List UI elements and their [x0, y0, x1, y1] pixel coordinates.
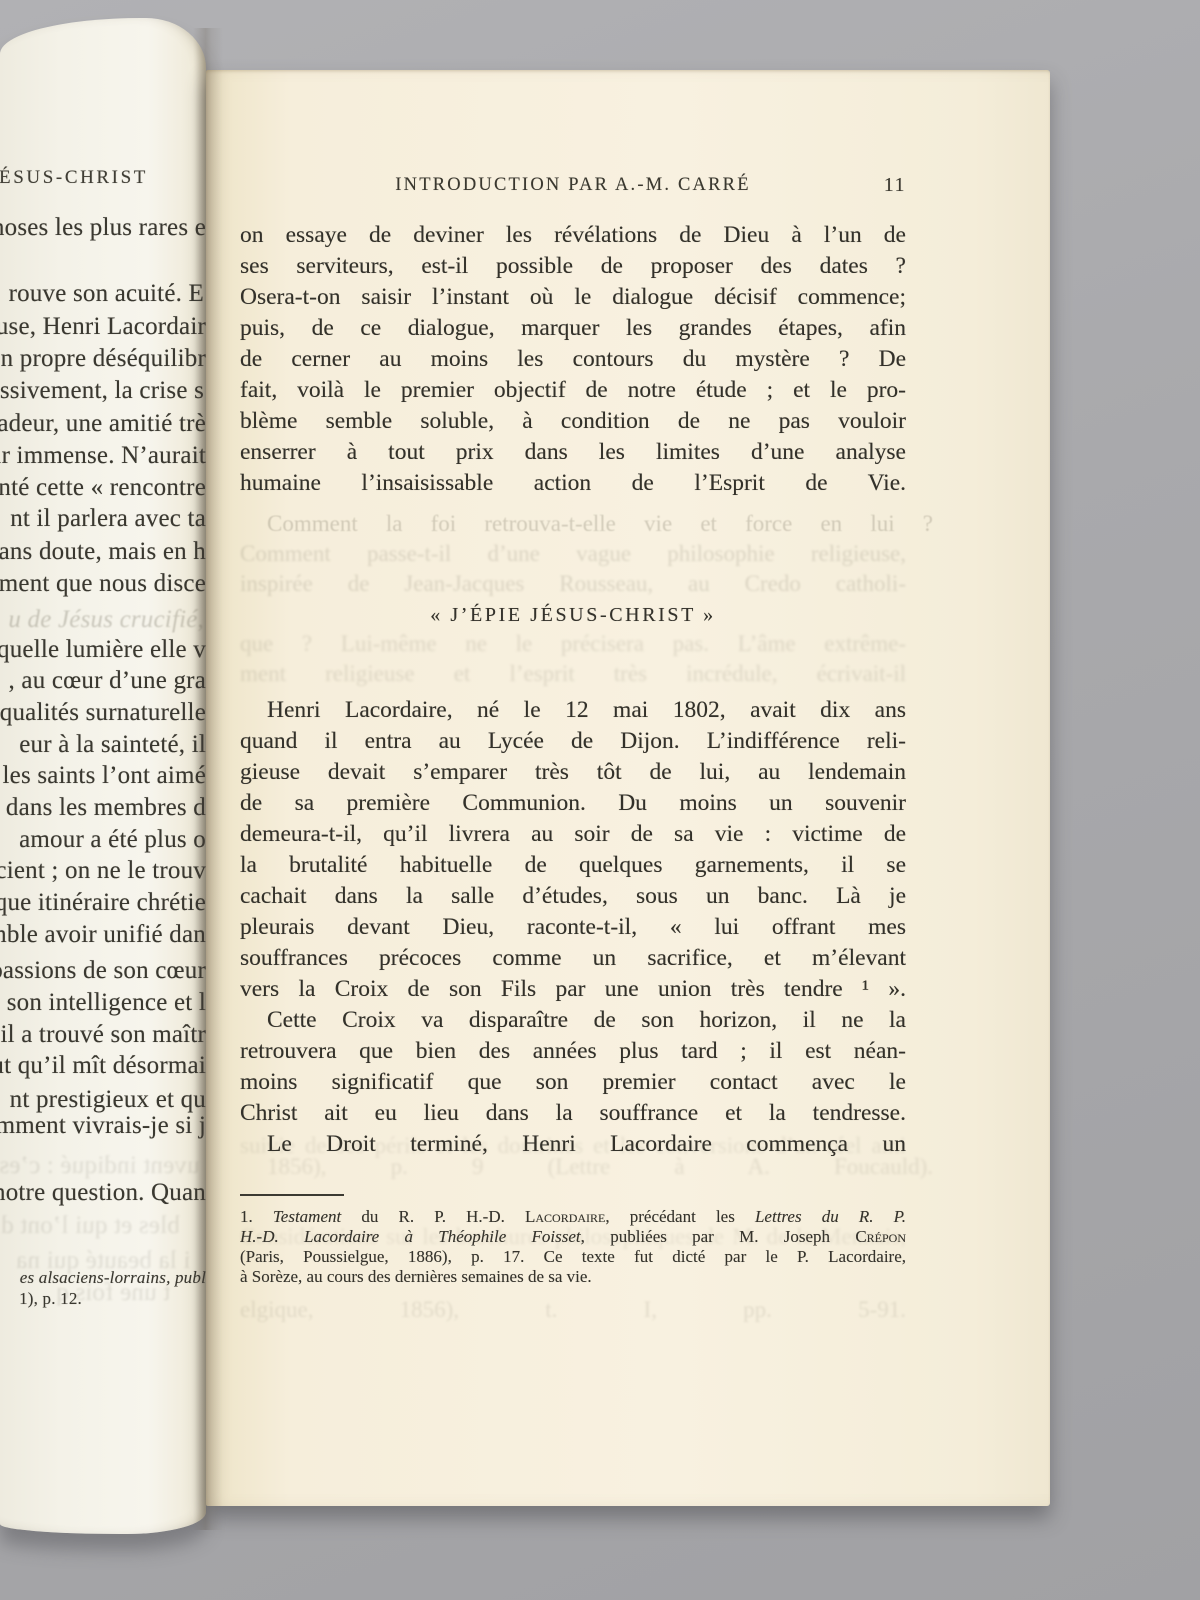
left-page-text-line: dans les membres d — [6, 794, 206, 822]
left-page-text-line: passions de son cœur — [0, 957, 206, 985]
left-page-text-line: eur à la sainteté, il — [19, 731, 206, 759]
body-text-line: demeura-t-il, qu’il livrera au soir de s… — [240, 819, 906, 850]
running-head: INTRODUCTION PAR A.-M. CARRÉ — [240, 170, 906, 200]
ghost-text-line: elgique, 1856), t. I, pp. 5-91. — [240, 1295, 906, 1325]
left-page-text-line: n propre déséquilibr — [1, 345, 206, 373]
left-page-text-line: nt prestigieux et qu — [10, 1086, 206, 1114]
body-text-line: Christ ait eu lieu dans la souffrance et… — [240, 1098, 906, 1129]
footnote-rule — [240, 1194, 344, 1196]
left-page-text-line: que itinéraire chrétie — [0, 889, 206, 917]
body-text-line: de sa première Communion. Du moins un so… — [240, 788, 906, 819]
body-text-line: souffrances précoces comme un sacrifice,… — [240, 943, 906, 974]
left-page-text-line: hoses les plus rares e — [0, 214, 206, 242]
left-page-text-line: es alsaciens-lorrains, publ — [20, 1268, 206, 1288]
footnote-segment: (Paris, Poussielgue, 1886), p. 17. Ce te… — [240, 1247, 906, 1266]
left-page-text-line: quelle lumière elle v — [0, 636, 206, 664]
footnote-segment: Lacordaire — [525, 1207, 605, 1226]
body-text-line: Osera-t-on saisir l’instant où le dialog… — [240, 282, 906, 313]
footnote-line: (Paris, Poussielgue, 1886), p. 17. Ce te… — [240, 1247, 906, 1267]
body-text-line: cachait dans la salle d’études, sous un … — [240, 881, 906, 912]
body-text-line: vers la Croix de son Fils par une union … — [240, 974, 906, 1005]
ghost-text-line: u de Jésus crucifié, — [8, 606, 204, 634]
footnote-segment: Testament — [273, 1207, 341, 1226]
footnote-line: 1. Testament du R. P. H.-D. Lacordaire, … — [240, 1207, 906, 1227]
left-page-text-line: mble avoir unifié dan — [0, 921, 206, 949]
left-page-text-line: scient ; on ne le trouv — [0, 857, 206, 885]
right-page-body: on essaye de deviner les révélations de … — [240, 220, 906, 1160]
left-page-text-line: ut qu’il mît désormai — [0, 1052, 206, 1080]
left-page-text-line: , il a trouvé son maîtr — [0, 1021, 206, 1049]
ghost-text-line: uvent indiqué : c’est — [0, 1152, 200, 1180]
left-page-text-line: sir immense. N’aurait — [0, 442, 206, 470]
left-page-text-line: enté cette « rencontre — [0, 474, 206, 502]
footnote-segment: , publiées par M. Joseph — [581, 1227, 856, 1246]
left-page: ÉSUS-CHRISThoses les plus rares erouve s… — [0, 18, 206, 1534]
left-page-text-line: amour a été plus o — [19, 826, 206, 854]
body-text-line: gieuse devait s’emparer très tôt de lui,… — [240, 757, 906, 788]
footnote-segment: à Sorèze, au cours des dernières semaine… — [240, 1267, 592, 1286]
left-page-text-line: e son intelligence et l — [0, 989, 206, 1017]
body-text-line: enserrer à tout prix dans les limites d’… — [240, 437, 906, 468]
left-page-text: ÉSUS-CHRISThoses les plus rares erouve s… — [0, 18, 206, 1534]
footnote-lines: 1. Testament du R. P. H.-D. Lacordaire, … — [240, 1207, 906, 1287]
left-page-text-line: 1), p. 12. — [19, 1289, 82, 1309]
left-page-text-line: adeur, une amitié trè — [0, 410, 206, 438]
left-page-text-line: ÉSUS-CHRIST — [0, 167, 148, 189]
left-page-text-line: rouve son acuité. E — [9, 280, 204, 308]
footnote-segment: , précédant les — [605, 1207, 755, 1226]
footnote-segment: H.-D. Lacordaire à Théophile Foisset — [240, 1227, 581, 1246]
left-page-text-line: nt il parlera avec ta — [10, 505, 206, 533]
body-text-line: Cette Croix va disparaître de son horizo… — [240, 1005, 906, 1036]
left-page-text-line: les saints l’ont aimé — [3, 762, 206, 790]
body-text-line: fait, voilà le premier objectif de notre… — [240, 375, 906, 406]
left-page-text-line: ssivement, la crise s — [0, 377, 204, 405]
body-text-line: moins significatif que son premier conta… — [240, 1067, 906, 1098]
body-text-line: de cerner au moins les contours du mystè… — [240, 344, 906, 375]
body-text-line: puis, de ce dialogue, marquer les grande… — [240, 313, 906, 344]
left-page-text-line: use, Henri Lacordair — [0, 313, 206, 341]
body-text-line: retrouvera que bien des années plus tard… — [240, 1036, 906, 1067]
page-number: 11 — [884, 170, 906, 200]
running-head-row: INTRODUCTION PAR A.-M. CARRÉ 11 — [240, 170, 906, 200]
body-text-line: la brutalité habituelle de quelques garn… — [240, 850, 906, 881]
body-text-line: humaine l’insaisissable action de l’Espr… — [240, 468, 906, 499]
footnote-segment: Crépon — [855, 1227, 906, 1246]
left-page-text-line: mment vivrais-je si j — [0, 1112, 206, 1140]
right-page: Comment la foi retrouva-t-elle vie et fo… — [206, 70, 1050, 1506]
body-text-line: quand il entra au Lycée de Dijon. L’indi… — [240, 726, 906, 757]
section-heading: « J’ÉPIE JÉSUS-CHRIST » — [240, 600, 906, 631]
left-page-text-line: , au cœur d’une gra — [9, 667, 206, 695]
book-photo: ÉSUS-CHRISThoses les plus rares erouve s… — [0, 0, 1200, 1600]
ghost-text-line: bles et qui l’ont d — [1, 1212, 180, 1240]
left-page-text-line: notre question. Quan — [0, 1179, 206, 1207]
left-page-text-line: ans doute, mais en h — [0, 538, 206, 566]
body-text-line: on essaye de deviner les révélations de … — [240, 220, 906, 251]
body-text-line: Henri Lacordaire, né le 12 mai 1802, ava… — [240, 695, 906, 726]
body-text-line: blème semble soluble, à condition de ne … — [240, 406, 906, 437]
right-page-text: INTRODUCTION PAR A.-M. CARRÉ 11 on essay… — [240, 170, 906, 1287]
left-page-text-line: qualités surnaturelle — [0, 699, 206, 727]
footnote-segment: Lettres du R. P. — [755, 1207, 906, 1226]
footnote-line: H.-D. Lacordaire à Théophile Foisset, pu… — [240, 1227, 906, 1247]
footnote-line: à Sorèze, au cours des dernières semaine… — [240, 1267, 906, 1287]
footnote-segment: 1. — [240, 1207, 273, 1226]
body-text-line: pleurais devant Dieu, raconte-t-il, « lu… — [240, 912, 906, 943]
body-text-line: Le Droit terminé, Henri Lacordaire comme… — [240, 1129, 906, 1160]
left-page-text-line: ment que nous disce — [0, 570, 206, 598]
body-text-line: ses serviteurs, est-il possible de propo… — [240, 251, 906, 282]
footnote-segment: du R. P. H.-D. — [341, 1207, 525, 1226]
